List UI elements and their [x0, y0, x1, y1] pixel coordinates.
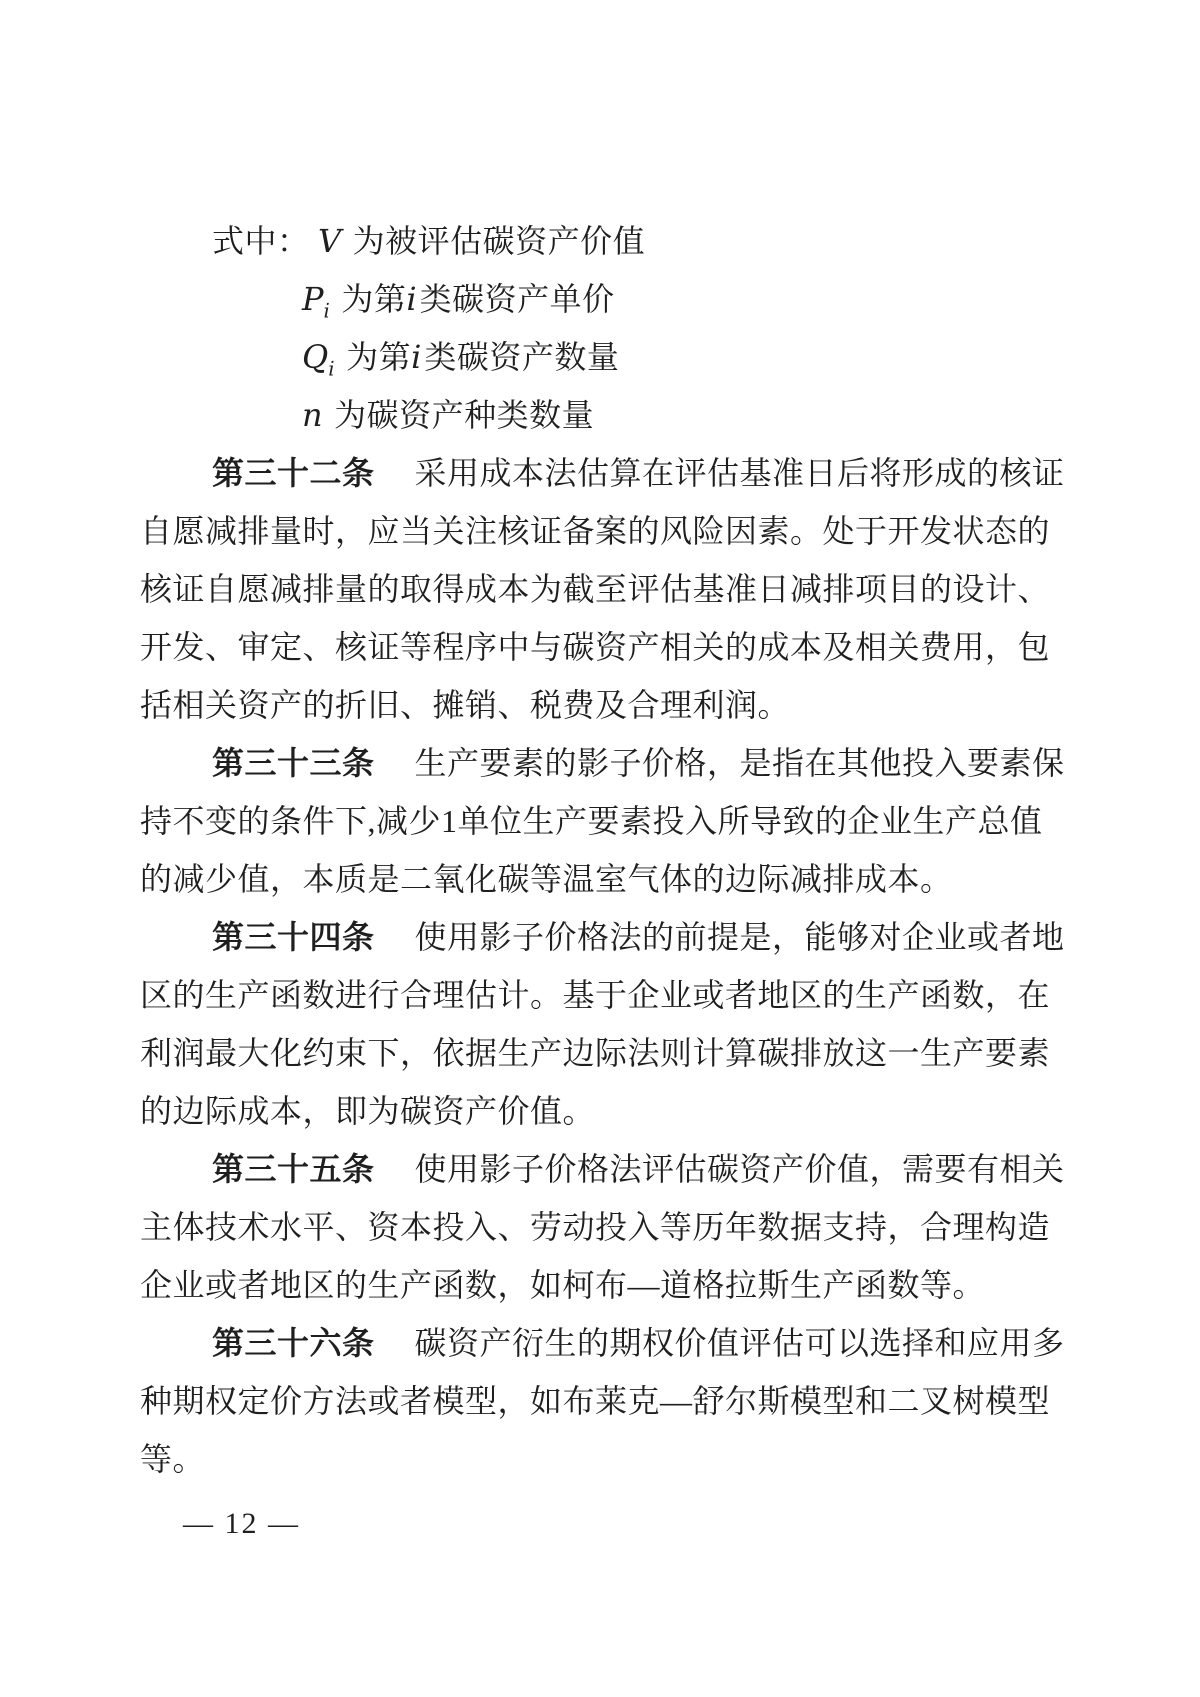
page-content: 式中： V 为被评估碳资产价值 Pi 为第i类碳资产单价 Qi 为第i类碳资产数…: [140, 212, 1070, 1488]
article-32-line-4: 开发、审定、核证等程序中与碳资产相关的成本及相关费用，包: [140, 618, 1070, 676]
article-36-text: 碳资产衍生的期权价值评估可以选择和应用多: [415, 1325, 1065, 1361]
math-symbol-v: V: [318, 222, 341, 260]
formula-item-q: Qi 为第i类碳资产数量: [140, 328, 1070, 386]
article-32-text: 采用成本法估算在评估基准日后将形成的核证: [415, 455, 1065, 491]
article-32-number: 第三十二条: [212, 455, 375, 491]
article-32-line-2: 自愿减排量时，应当关注核证备案的风险因素。处于开发状态的: [140, 502, 1070, 560]
math-var-i: i: [406, 280, 416, 318]
article-33-line-2: 持不变的条件下,减少1单位生产要素投入所导致的企业生产总值: [140, 792, 1070, 850]
formula-note-q-text: 类碳资产数量: [424, 339, 619, 375]
formula-where-label: 式中：: [212, 223, 310, 259]
article-32-line-1: 第三十二条采用成本法估算在评估基准日后将形成的核证: [140, 444, 1070, 502]
article-33-line-1: 第三十三条生产要素的影子价格，是指在其他投入要素保: [140, 734, 1070, 792]
math-symbol-n: n: [302, 396, 323, 434]
article-33-line-3: 的减少值，本质是二氧化碳等温室气体的边际减排成本。: [140, 850, 1070, 908]
article-34-number: 第三十四条: [212, 919, 375, 955]
article-35-line-2: 主体技术水平、资本投入、劳动投入等历年数据支持，合理构造: [140, 1198, 1070, 1256]
article-33-text: 生产要素的影子价格，是指在其他投入要素保: [415, 745, 1065, 781]
page-number: — 12 —: [183, 1503, 300, 1545]
formula-item-n: n 为碳资产种类数量: [140, 386, 1070, 444]
document-page: 式中： V 为被评估碳资产价值 Pi 为第i类碳资产单价 Qi 为第i类碳资产数…: [0, 0, 1200, 1697]
article-36-line-3: 等。: [140, 1430, 1070, 1488]
math-symbol-p-sub-i: Pi: [302, 280, 330, 318]
formula-where-line: 式中： V 为被评估碳资产价值: [140, 212, 1070, 270]
formula-note-n-text: 为碳资产种类数量: [334, 397, 594, 433]
article-32-line-3: 核证自愿减排量的取得成本为截至评估基准日减排项目的设计、: [140, 560, 1070, 618]
math-var-i: i: [411, 338, 421, 376]
article-34-line-2: 区的生产函数进行合理估计。基于企业或者地区的生产函数，在: [140, 966, 1070, 1024]
formula-item-p: Pi 为第i类碳资产单价: [140, 270, 1070, 328]
article-34-text: 使用影子价格法的前提是，能够对企业或者地: [415, 919, 1065, 955]
article-34-line-1: 第三十四条使用影子价格法的前提是，能够对企业或者地: [140, 908, 1070, 966]
math-symbol-q-sub-i: Qi: [302, 338, 335, 376]
article-32-line-5: 括相关资产的折旧、摊销、税费及合理利润。: [140, 676, 1070, 734]
formula-note-q-pre: 为第: [346, 339, 411, 375]
formula-note-p-text: 类碳资产单价: [420, 281, 615, 317]
article-34-line-3: 利润最大化约束下，依据生产边际法则计算碳排放这一生产要素: [140, 1024, 1070, 1082]
article-36-line-2: 种期权定价方法或者模型，如布莱克—舒尔斯模型和二叉树模型: [140, 1372, 1070, 1430]
article-35-number: 第三十五条: [212, 1151, 375, 1187]
article-34-line-4: 的边际成本，即为碳资产价值。: [140, 1082, 1070, 1140]
article-36-line-1: 第三十六条碳资产衍生的期权价值评估可以选择和应用多: [140, 1314, 1070, 1372]
article-35-line-3: 企业或者地区的生产函数，如柯布—道格拉斯生产函数等。: [140, 1256, 1070, 1314]
article-33-number: 第三十三条: [212, 745, 375, 781]
article-35-text: 使用影子价格法评估碳资产价值，需要有相关: [415, 1151, 1065, 1187]
formula-note-p-pre: 为第: [341, 281, 406, 317]
article-36-number: 第三十六条: [212, 1325, 375, 1361]
article-35-line-1: 第三十五条使用影子价格法评估碳资产价值，需要有相关: [140, 1140, 1070, 1198]
formula-note-v-text: 为被评估碳资产价值: [353, 223, 646, 259]
